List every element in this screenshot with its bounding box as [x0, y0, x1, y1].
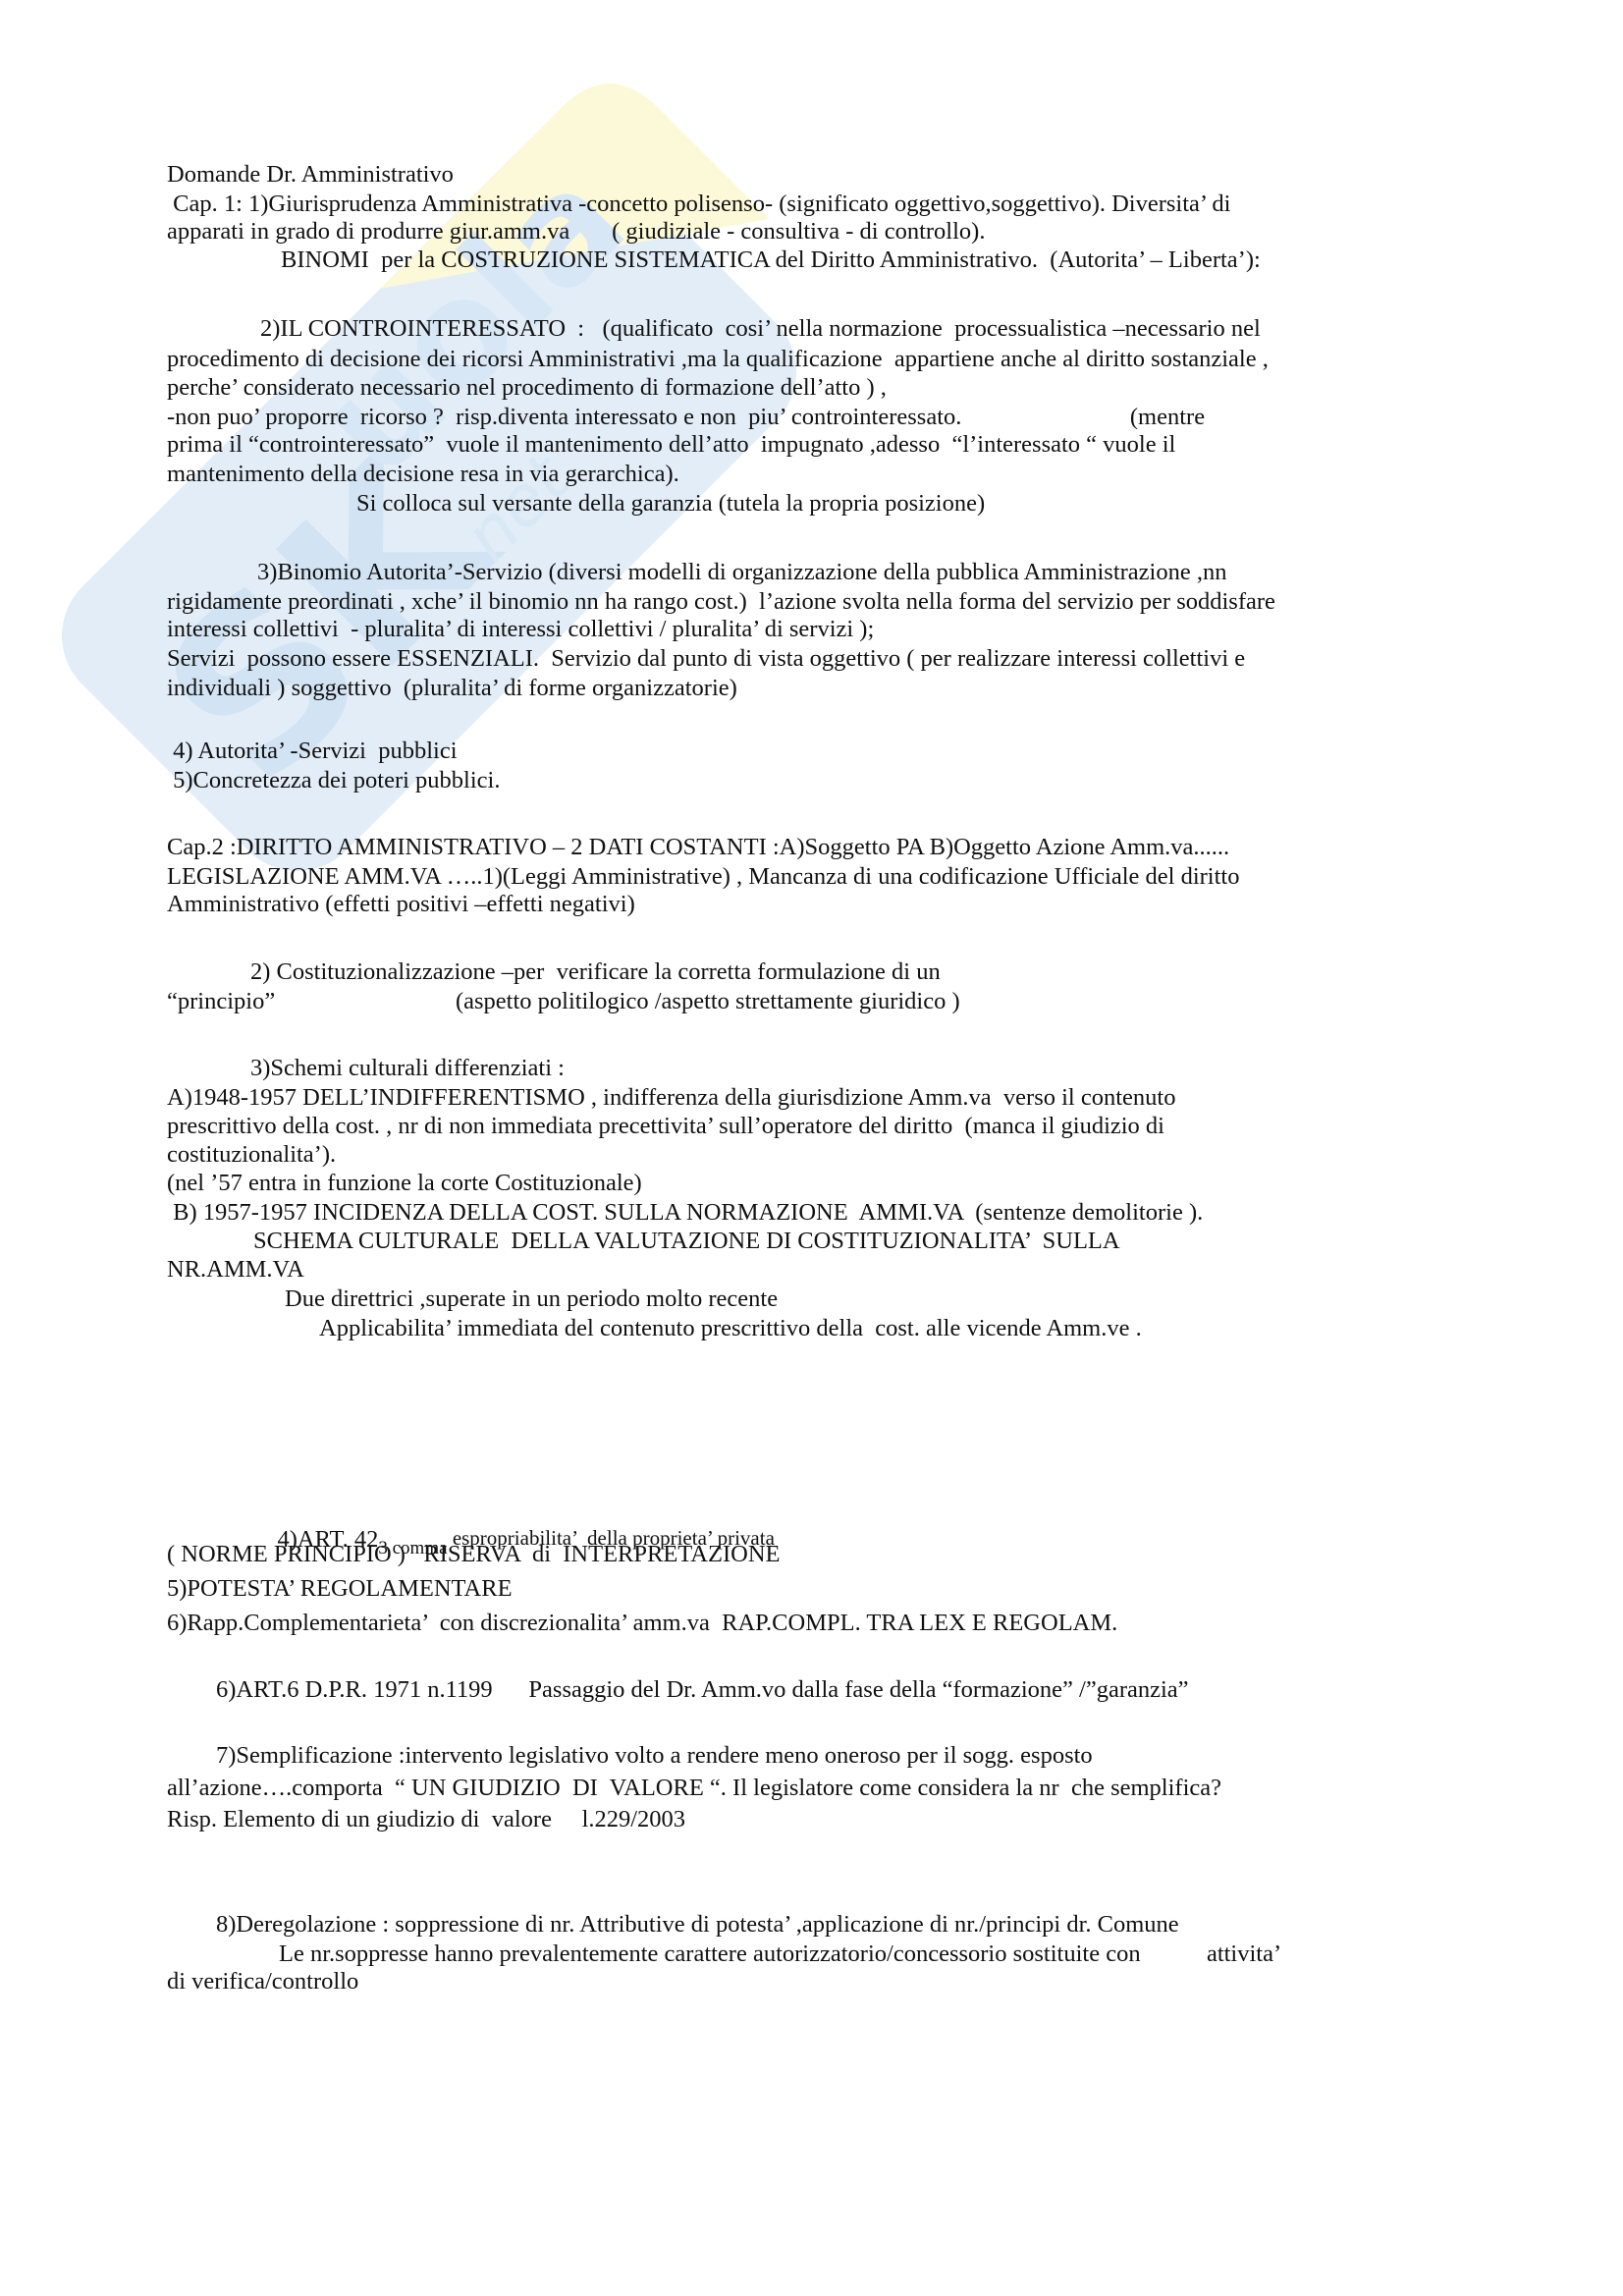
text-line: interessi collettivi - pluralita’ di int…	[167, 616, 874, 643]
text-line: 3)Schemi culturali differenziati :	[250, 1055, 565, 1082]
text-line: rigidamente preordinati , xche’ il binom…	[167, 588, 1275, 616]
text-line: LEGISLAZIONE AMM.VA …..1)(Leggi Amminist…	[167, 863, 1239, 891]
document-page: SK uola .net Domande Dr. Amministrativo …	[0, 0, 1623, 2296]
text-line: 5)POTESTA’ REGOLAMENTARE	[167, 1575, 513, 1603]
document-title: Domande Dr. Amministrativo	[167, 161, 454, 189]
text-line: 3)Binomio Autorita’-Servizio (diversi mo…	[257, 559, 1226, 586]
text-line: “principio” (aspetto politilogico /aspet…	[167, 988, 960, 1015]
text-line: 8)Deregolazione : soppressione di nr. At…	[216, 1911, 1179, 1939]
text-line: di verifica/controllo	[167, 1968, 358, 1995]
text-line: 7)Semplificazione :intervento legislativ…	[216, 1742, 1093, 1770]
text-line: BINOMI per la COSTRUZIONE SISTEMATICA de…	[281, 246, 1261, 274]
text-line: prescrittivo della cost. , nr di non imm…	[167, 1113, 1164, 1140]
text-line: Amministrativo (effetti positivi –effett…	[167, 891, 635, 918]
text-line: all’azione….comporta “ UN GIUDIZIO DI VA…	[167, 1775, 1221, 1802]
text-line: Le nr.soppresse hanno prevalentemente ca…	[279, 1941, 1281, 1968]
text-line: 5)Concretezza dei poteri pubblici.	[167, 767, 500, 794]
text-line: 2) Costituzionalizzazione –per verificar…	[250, 958, 941, 986]
text-line: (nel ’57 entra in funzione la corte Cost…	[167, 1170, 642, 1197]
text-line: Servizi possono essere ESSENZIALI. Servi…	[167, 645, 1245, 673]
text-line: procedimento di decisione dei ricorsi Am…	[167, 346, 1269, 373]
text-line: prima il “controinteressato” vuole il ma…	[167, 431, 1175, 459]
text-line: B) 1957-1957 INCIDENZA DELLA COST. SULLA…	[167, 1199, 1203, 1227]
text-line: apparati in grado di produrre giur.amm.v…	[167, 218, 985, 246]
text-line: 4) Autorita’ -Servizi pubblici	[167, 738, 458, 765]
text-line: 2)IL CONTROINTERESSATO : (qualificato co…	[260, 315, 1261, 343]
text-line: mantenimento della decisione resa in via…	[167, 461, 679, 488]
text-line: Cap. 1: 1)Giurisprudenza Amministrativa …	[167, 191, 1230, 218]
text-line: Due direttrici ,superate in un periodo m…	[285, 1285, 778, 1313]
text-line: costituzionalita’).	[167, 1141, 336, 1169]
text-line: Cap.2 :DIRITTO AMMINISTRATIVO – 2 DATI C…	[167, 834, 1229, 861]
text-line: 6)ART.6 D.P.R. 1971 n.1199 Passaggio del…	[216, 1676, 1189, 1704]
text-line: individuali ) soggettivo (pluralita’ di …	[167, 675, 737, 702]
text-line: A)1948-1957 DELL’INDIFFERENTISMO , indif…	[167, 1084, 1175, 1112]
text-line: SCHEMA CULTURALE DELLA VALUTAZIONE DI CO…	[253, 1228, 1120, 1255]
text-line: -non puo’ proporre ricorso ? risp.divent…	[167, 404, 1205, 431]
text-line: 6)Rapp.Complementarieta’ con discreziona…	[167, 1610, 1117, 1637]
text-line: Risp. Elemento di un giudizio di valore …	[167, 1806, 685, 1833]
text-line: perche’ considerato necessario nel proce…	[167, 374, 887, 402]
text-line: ( NORME PRINCIPIO ) RISERVA di INTERPRET…	[167, 1541, 780, 1568]
text-line: Si colloca sul versante della garanzia (…	[356, 490, 985, 518]
text-line: Applicabilita’ immediata del contenuto p…	[319, 1315, 1142, 1342]
text-line: NR.AMM.VA	[167, 1256, 304, 1284]
